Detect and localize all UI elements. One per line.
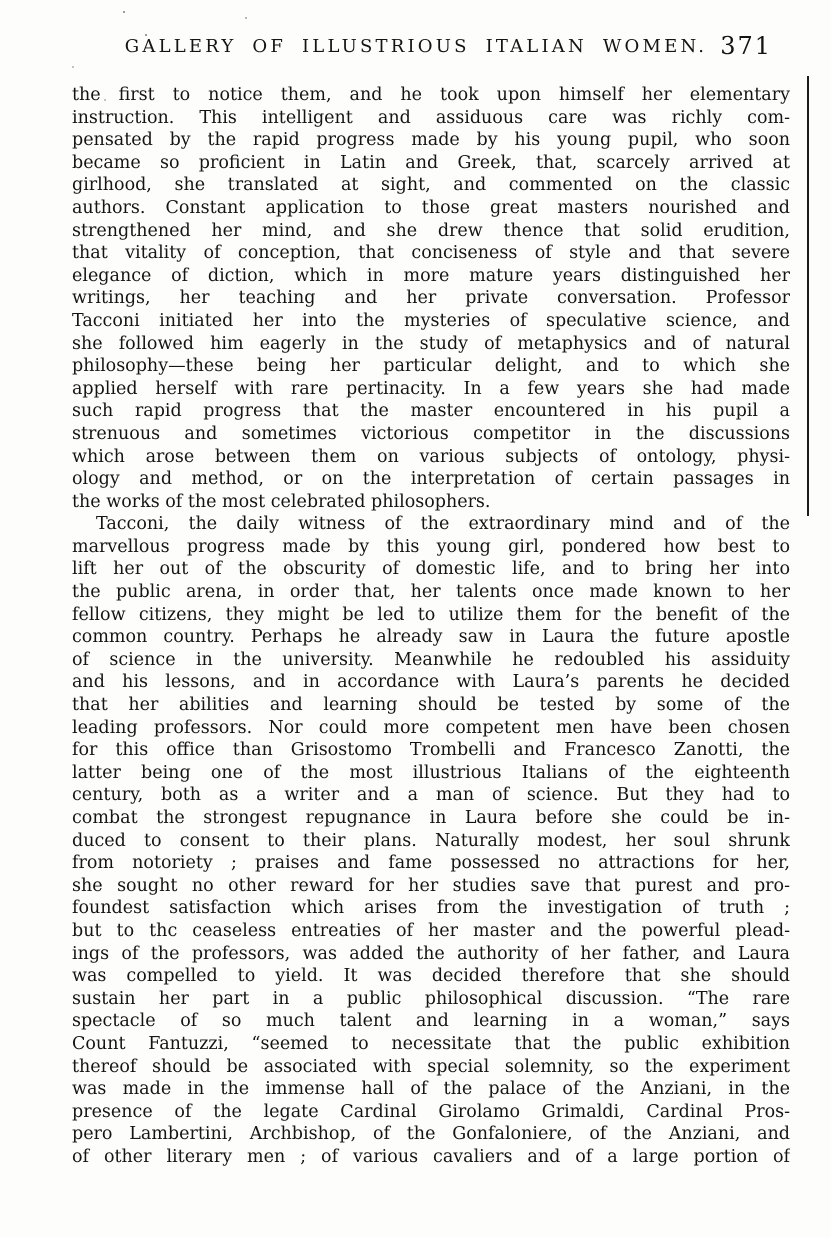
paragraph: Tacconi, the daily witness of the extrao… [72,513,790,1168]
text-line: from notoriety ; praises and fame posses… [72,852,790,875]
text-line: became so proficient in Latin and Greek,… [72,152,790,175]
text-line: combat the strongest repugnance in Laura… [72,807,790,830]
text-line: thereof should be associated with specia… [72,1056,790,1079]
text-line: presence of the legate Cardinal Girolamo… [72,1101,790,1124]
text-line: Count Fantuzzi, “seemed to necessitate t… [72,1033,790,1056]
text-line: fellow citizens, they might be led to ut… [72,604,790,627]
scan-speck [104,99,106,101]
body-text: the first to notice them, and he took up… [72,84,790,1169]
text-line: marvellous progress made by this young g… [72,536,790,559]
text-line: and his lessons, and in accordance with … [72,671,790,694]
text-line: for this office than Grisostomo Trombell… [72,739,790,762]
text-line: elegance of diction, which in more matur… [72,265,790,288]
text-line: sustain her part in a public philosophic… [72,988,790,1011]
scan-speck [72,66,74,68]
text-line: the works of the most celebrated philoso… [72,491,790,514]
text-line: that her abilities and learning should b… [72,694,790,717]
paragraph: the first to notice them, and he took up… [72,84,790,513]
running-title: GALLERY OF ILLUSTRIOUS ITALIAN WOMEN. [72,36,790,57]
text-line: but to thc ceaseless entreaties of her m… [72,920,790,943]
text-line: instruction. This intelligent and assidu… [72,107,790,130]
text-line: was compelled to yield. It was decided t… [72,965,790,988]
text-line: which arose between them on various subj… [72,446,790,469]
text-line: of science in the university. Meanwhile … [72,649,790,672]
text-line: that vitality of conception, that concis… [72,242,790,265]
scan-speck [145,34,147,36]
text-line: pero Lambertini, Archbishop, of the Gonf… [72,1123,790,1146]
page-number: 371 [720,32,772,60]
text-line: duced to consent to their plans. Natural… [72,830,790,853]
text-line: girlhood, she translated at sight, and c… [72,174,790,197]
text-line: Tacconi, the daily witness of the extrao… [72,513,790,536]
text-line: Tacconi initiated her into the mysteries… [72,310,790,333]
text-line: latter being one of the most illustrious… [72,762,790,785]
text-line: ology and method, or on the interpretati… [72,468,790,491]
text-line: such rapid progress that the master enco… [72,400,790,423]
text-line: common country. Perhaps he already saw i… [72,626,790,649]
text-line: lift her out of the obscurity of domesti… [72,558,790,581]
text-line: strengthened her mind, and she drew then… [72,220,790,243]
scan-speck [123,11,125,13]
text-line: writings, her teaching and her private c… [72,287,790,310]
text-line: she sought no other reward for her studi… [72,875,790,898]
page-edge-line [807,76,809,516]
book-page: GALLERY OF ILLUSTRIOUS ITALIAN WOMEN. 37… [0,0,831,1237]
text-line: the first to notice them, and he took up… [72,84,790,107]
text-line: was made in the immense hall of the pala… [72,1078,790,1101]
page-header: GALLERY OF ILLUSTRIOUS ITALIAN WOMEN. 37… [72,36,790,66]
text-line: authors. Constant application to those g… [72,197,790,220]
text-line: the public arena, in order that, her tal… [72,581,790,604]
scan-speck [245,17,247,19]
text-line: foundest satisfaction which arises from … [72,897,790,920]
text-line: she followed him eagerly in the study of… [72,333,790,356]
text-line: leading professors. Nor could more compe… [72,717,790,740]
text-line: ings of the professors, was added the au… [72,943,790,966]
text-line: philosophy—these being her particular de… [72,355,790,378]
text-line: of other literary men ; of various caval… [72,1146,790,1169]
text-line: spectacle of so much talent and learning… [72,1010,790,1033]
text-line: century, both as a writer and a man of s… [72,784,790,807]
text-line: strenuous and sometimes victorious compe… [72,423,790,446]
text-line: applied herself with rare pertinacity. I… [72,378,790,401]
text-line: pensated by the rapid progress made by h… [72,129,790,152]
